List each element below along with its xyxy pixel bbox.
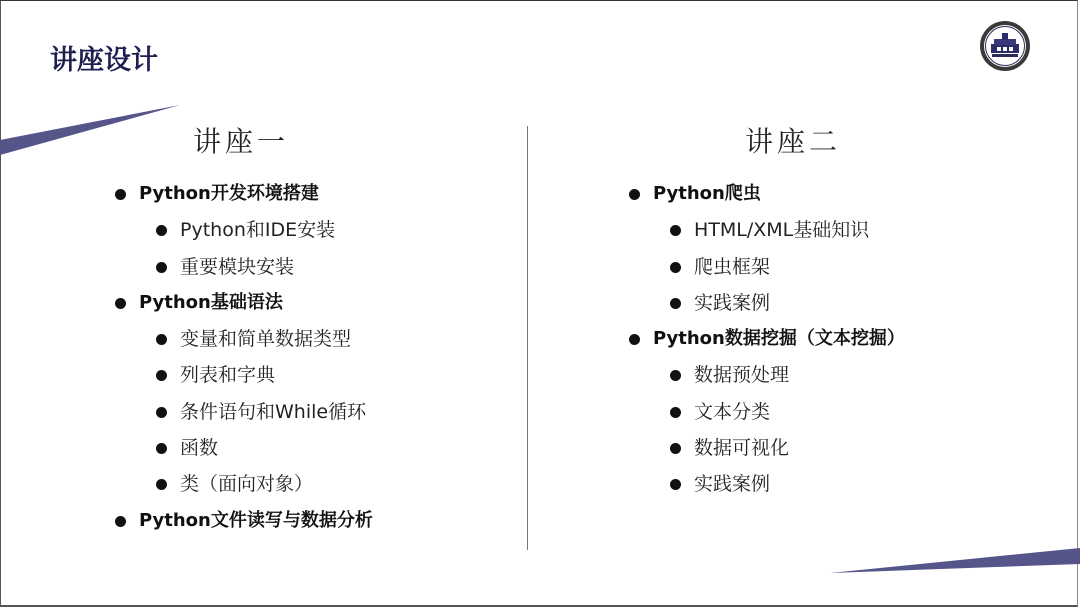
outline-item: 重要模块安装 xyxy=(115,249,373,285)
bullet-icon xyxy=(156,407,167,418)
outline-item: 变量和简单数据类型 xyxy=(115,321,373,357)
decorative-swoosh-left xyxy=(0,100,190,160)
outline-item: 数据可视化 xyxy=(629,430,905,466)
lecture-one-outline: Python开发环境搭建 Python和IDE安装 重要模块安装 Python基… xyxy=(115,176,373,539)
outline-item: 条件语句和While循环 xyxy=(115,394,373,430)
bullet-icon xyxy=(115,189,126,200)
outline-item: 类（面向对象） xyxy=(115,466,373,502)
bullet-icon xyxy=(156,370,167,381)
bullet-icon xyxy=(156,225,167,236)
lecture-two-outline: Python爬虫 HTML/XML基础知识 爬虫框架 实践案例 Python数据… xyxy=(629,176,905,503)
bullet-icon xyxy=(156,479,167,490)
outline-item: 函数 xyxy=(115,430,373,466)
bullet-icon xyxy=(670,407,681,418)
outline-item: Python数据挖掘（文本挖掘） xyxy=(629,321,905,357)
university-seal-icon xyxy=(979,20,1031,72)
bullet-icon xyxy=(115,516,126,527)
outline-item: Python和IDE安装 xyxy=(115,212,373,248)
bullet-icon xyxy=(670,298,681,309)
column-divider xyxy=(527,126,528,550)
bullet-icon xyxy=(670,443,681,454)
bullet-icon xyxy=(629,189,640,200)
bullet-icon xyxy=(115,298,126,309)
outline-item: Python文件读写与数据分析 xyxy=(115,503,373,539)
bullet-icon xyxy=(670,262,681,273)
bullet-icon xyxy=(156,262,167,273)
bullet-icon xyxy=(670,479,681,490)
outline-item: 数据预处理 xyxy=(629,357,905,393)
outline-item: 文本分类 xyxy=(629,394,905,430)
slide-title: 讲座设计 xyxy=(50,38,158,77)
bullet-icon xyxy=(156,443,167,454)
lecture-one-heading: 讲座一 xyxy=(193,120,289,160)
bullet-icon xyxy=(670,225,681,236)
bullet-icon xyxy=(629,334,640,345)
outline-item: Python基础语法 xyxy=(115,285,373,321)
outline-item: Python爬虫 xyxy=(629,176,905,212)
bullet-icon xyxy=(156,334,167,345)
outline-item: HTML/XML基础知识 xyxy=(629,212,905,248)
decorative-swoosh-right xyxy=(830,540,1080,580)
outline-item: 爬虫框架 xyxy=(629,249,905,285)
outline-item: Python开发环境搭建 xyxy=(115,176,373,212)
outline-item: 列表和字典 xyxy=(115,357,373,393)
outline-item: 实践案例 xyxy=(629,466,905,502)
lecture-two-heading: 讲座二 xyxy=(745,120,841,160)
bullet-icon xyxy=(670,370,681,381)
outline-item: 实践案例 xyxy=(629,285,905,321)
